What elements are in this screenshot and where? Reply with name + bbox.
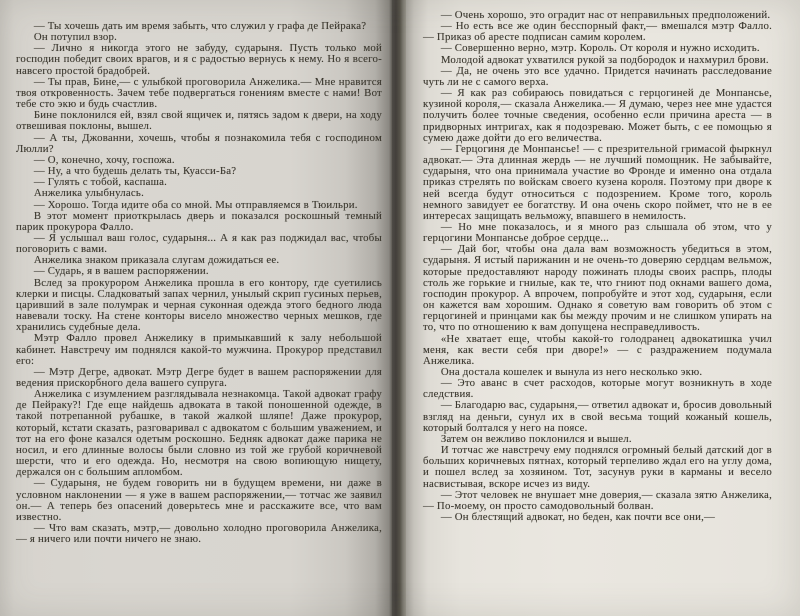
paragraph: — Хорошо. Тогда идите оба со мной. Мы от… (16, 200, 382, 211)
paragraph: — А ты, Джованни, хочешь, чтобы я познак… (16, 133, 382, 155)
paragraph: В этот момент приоткрылась дверь и показ… (16, 211, 382, 233)
paragraph: — Он блестящий адвокат, но беден, как по… (423, 512, 772, 523)
paragraph: — Но мне показалось, и я много раз слыша… (423, 222, 772, 244)
paragraph: Мэтр Фалло провел Анжелику в примыкавший… (16, 333, 382, 366)
paragraph: — Сударь, я в вашем распоряжении. (16, 266, 382, 277)
paragraph: — Ты прав, Бине,— с улыбкой проговорила … (16, 77, 382, 110)
paragraph: — Сударыня, не будем говорить ни в будущ… (16, 478, 382, 523)
paragraph: — Я как раз собираюсь повидаться с герцо… (423, 88, 772, 144)
paragraph: — Это аванс в счет расходов, которые мог… (423, 378, 772, 400)
left-page-text: — Ты хочешь дать им время забыть, что сл… (16, 21, 382, 545)
paragraph: — Благодарю вас, сударыня,— ответил адво… (423, 400, 772, 433)
paragraph: — Герцогиня де Монпансье! — с презритель… (423, 144, 772, 222)
right-page-text: — Очень хорошо, это оградит нас от непра… (423, 10, 772, 523)
paragraph: — Но есть все же один бесспорный факт,— … (423, 21, 772, 43)
left-page: — Ты хочешь дать им время забыть, что сл… (0, 0, 392, 616)
paragraph: — Дай бог, чтобы она дала вам возможност… (423, 244, 772, 333)
paragraph: — Мэтр Дегре, адвокат. Мэтр Дегре будет … (16, 367, 382, 389)
paragraph: И тотчас же навстречу ему поднялся огром… (423, 445, 772, 490)
paragraph: — Что вам сказать, мэтр,— довольно холод… (16, 523, 382, 545)
paragraph: Анжелика улыбнулась. (16, 188, 382, 199)
paragraph: Анжелика с изумлением разглядывала незна… (16, 389, 382, 478)
paragraph: — Да, не очень это все удачно. Придется … (423, 66, 772, 88)
paragraph: Вслед за прокурором Анжелика прошла в ег… (16, 278, 382, 334)
paragraph: — Лично я никогда этого не забуду, судар… (16, 43, 382, 76)
paragraph: «Не хватает еще, чтобы какой-то голодран… (423, 334, 772, 367)
paragraph: — Этот человек не внушает мне доверия,— … (423, 490, 772, 512)
page-gutter (392, 0, 406, 616)
right-page: — Очень хорошо, это оградит нас от непра… (406, 0, 800, 616)
paragraph: — Совершенно верно, мэтр. Король. От кор… (423, 43, 772, 54)
paragraph: — Я услышал ваш голос, сударыня... А я к… (16, 233, 382, 255)
paragraph: Бине поклонился ей, взял свой ящичек и, … (16, 110, 382, 132)
book-spread: — Ты хочешь дать им время забыть, что сл… (0, 0, 800, 616)
